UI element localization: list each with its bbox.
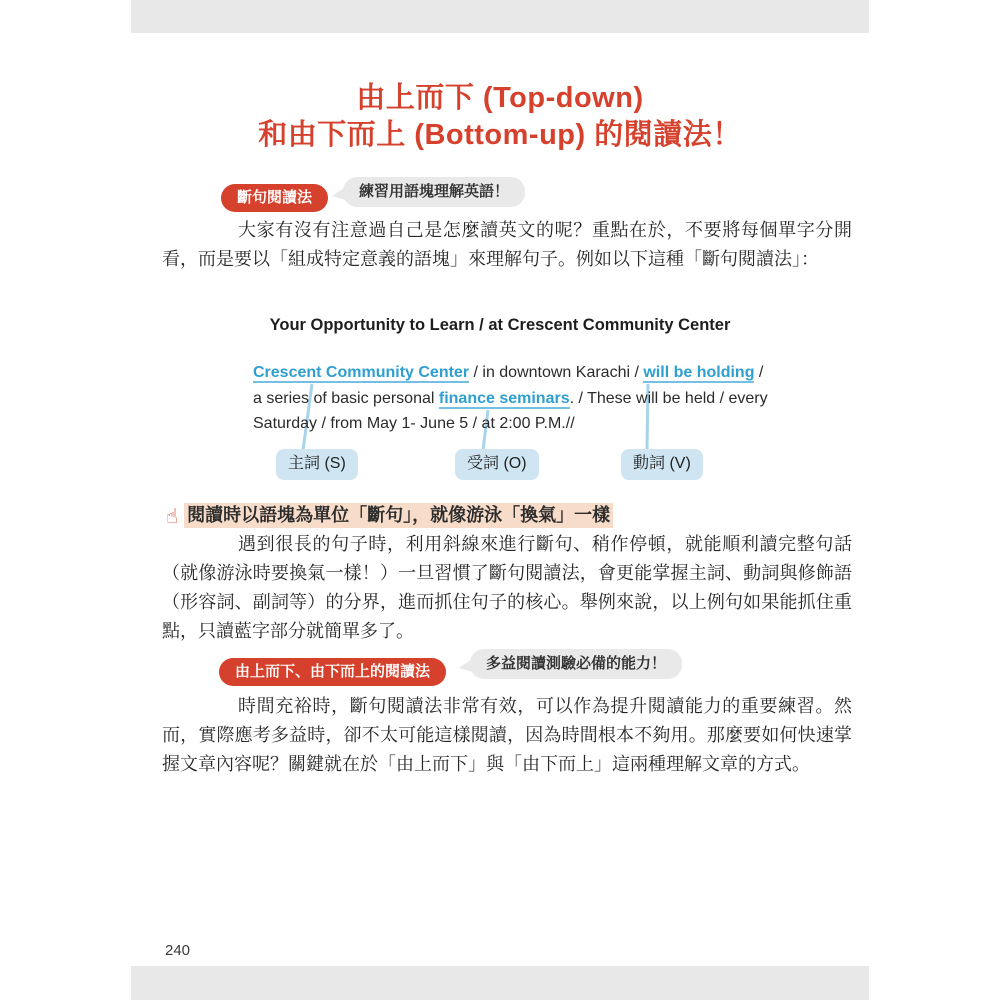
page-title-line1: 由上而下 (Top-down): [131, 80, 869, 117]
page-top-edge: [131, 0, 869, 33]
tip-heading-row: ☝︎閱讀時以語塊為單位「斷句」，就像游泳「換氣」一樣: [166, 501, 613, 528]
page-title: 由上而下 (Top-down) 和由下而上 (Bottom-up) 的閱讀法！: [131, 80, 869, 154]
badge-topdown-bottomup: 由上而下、由下而上的閱讀法: [219, 658, 446, 686]
page-number: 240: [165, 942, 190, 959]
paragraph-chunk-body: 遇到很長的句子時，利用斜線來進行斷句、稍作停頓，就能順利讀完整句話（就像游泳時要…: [162, 530, 852, 646]
speech-bubble-chunk: 練習用語塊理解英語！: [343, 177, 525, 207]
page-bottom-edge: [131, 966, 869, 1000]
passage-line-2: a series of basic personal finance semin…: [253, 386, 768, 412]
paragraph-intro: 大家有沒有注意過自己是怎麼讀英文的呢？重點在於，不要將每個單字分開看，而是要以「…: [162, 216, 852, 274]
badge-chunk-reading: 斷句閱讀法: [221, 184, 328, 212]
label-subject: 主詞 (S): [276, 449, 358, 480]
tip-heading: 閱讀時以語塊為單位「斷句」，就像游泳「換氣」一樣: [184, 503, 613, 528]
passage-text: /: [754, 364, 763, 381]
object-phrase: finance seminars: [439, 390, 570, 409]
label-verb: 動詞 (V): [621, 449, 703, 480]
paragraph-topdown-body: 時間充裕時，斷句閱讀法非常有效，可以作為提升閱讀能力的重要練習。然而，實際應考多…: [162, 692, 852, 779]
example-passage: Crescent Community Center / in downtown …: [253, 360, 768, 437]
page-title-line2: 和由下而上 (Bottom-up) 的閱讀法！: [131, 117, 869, 154]
passage-line-3: Saturday / from May 1- June 5 / at 2:00 …: [253, 411, 768, 437]
book-page: 由上而下 (Top-down) 和由下而上 (Bottom-up) 的閱讀法！ …: [0, 0, 1000, 1000]
passage-text: / in downtown Karachi /: [469, 364, 643, 381]
passage-line-1: Crescent Community Center / in downtown …: [253, 360, 768, 386]
verb-phrase: will be holding: [643, 364, 754, 383]
example-heading: Your Opportunity to Learn / at Crescent …: [131, 316, 869, 335]
subject-phrase: Crescent Community Center: [253, 364, 469, 383]
passage-text: a series of basic personal: [253, 390, 439, 407]
passage-text: . / These will be held / every: [570, 390, 768, 407]
label-object: 受詞 (O): [455, 449, 539, 480]
pointing-hand-icon: ☝︎: [166, 504, 178, 528]
speech-bubble-toeic: 多益閱讀測驗必備的能力！: [470, 649, 682, 679]
